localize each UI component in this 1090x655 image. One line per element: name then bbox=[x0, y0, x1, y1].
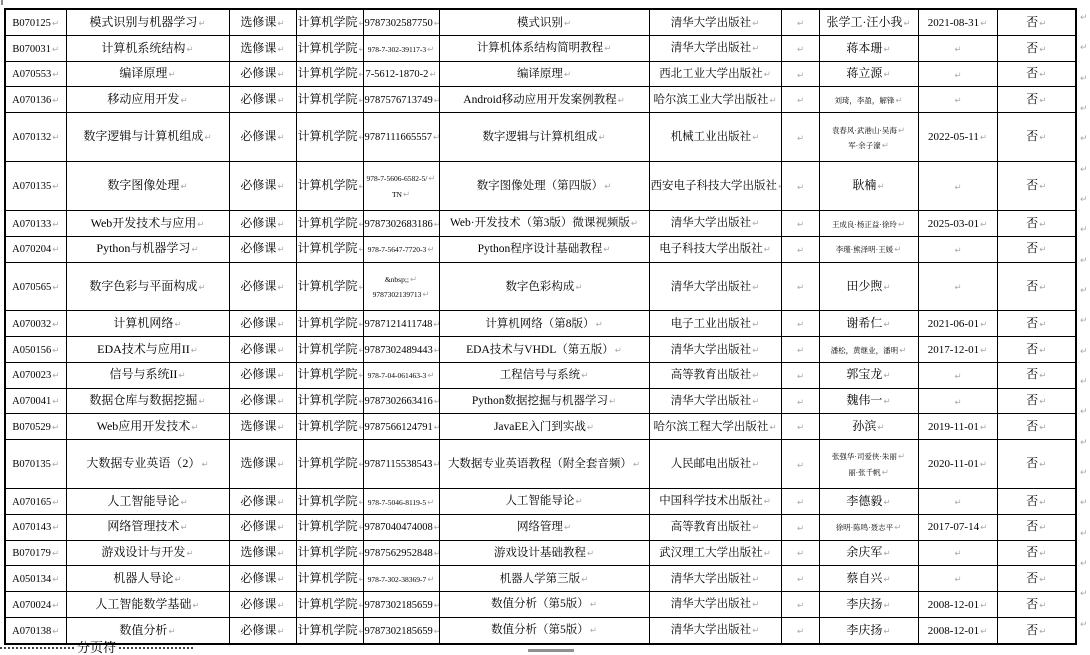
cell-confirm-flag[interactable]: 否↵ bbox=[997, 211, 1076, 237]
cell-authors[interactable]: 李瑾·熊泽明·王媛↵ bbox=[819, 236, 918, 262]
cell-textbook-name[interactable]: 模式识别↵ bbox=[439, 9, 649, 36]
line-break-mark: ↵ bbox=[980, 320, 987, 330]
cell-course-type[interactable]: 选修课↵ bbox=[229, 414, 296, 440]
cell-isbn[interactable]: 7-5612-1870-2↵ bbox=[363, 61, 439, 87]
line-break-mark: ↵ bbox=[201, 460, 208, 470]
cell-publish-date[interactable]: ↵ bbox=[918, 566, 997, 592]
line-break-mark: ↵ bbox=[277, 245, 284, 255]
cell-authors[interactable]: 刘琦，李盈，解锋↵ bbox=[819, 87, 918, 113]
cell-authors[interactable]: 余庆军↵ bbox=[819, 540, 918, 566]
cell-blank[interactable]: ↵ bbox=[781, 617, 819, 644]
cell-course-code[interactable]: B070125↵ bbox=[5, 9, 66, 36]
cell-course-name[interactable]: 模式识别与机器学习↵ bbox=[66, 9, 229, 36]
cell-text: 必修课↵ bbox=[231, 178, 295, 194]
cell-course-code[interactable]: A070553↵ bbox=[5, 61, 66, 87]
cell-confirm-flag[interactable]: 否↵ bbox=[997, 262, 1076, 311]
cell-course-type[interactable]: 必修课↵ bbox=[229, 113, 296, 162]
cell-confirm-flag[interactable]: 否↵ bbox=[997, 388, 1076, 414]
cell-course-type[interactable]: 选修课↵ bbox=[229, 440, 296, 489]
cell-publish-date[interactable]: 2008-12-01↵ bbox=[918, 617, 997, 644]
line-break-mark: ↵ bbox=[1039, 283, 1046, 293]
cell-isbn[interactable]: 9787302587750↵ bbox=[363, 9, 439, 36]
cell-course-name[interactable]: Web应用开发技术↵ bbox=[66, 414, 229, 440]
cell-text: &nbsp;;↵ bbox=[365, 271, 438, 287]
cell-confirm-flag[interactable]: 否↵ bbox=[997, 414, 1076, 440]
line-break-mark: ↵ bbox=[603, 245, 610, 255]
cell-publish-date[interactable]: ↵ bbox=[918, 362, 997, 388]
line-break-mark: ↵ bbox=[1080, 134, 1088, 144]
line-break-mark: ↵ bbox=[198, 283, 205, 293]
cell-college[interactable]: 计算机学院↵ bbox=[296, 414, 363, 440]
cell-course-code[interactable]: A070204↵ bbox=[5, 236, 66, 262]
cell-course-name[interactable]: 数字色彩与平面构成↵ bbox=[66, 262, 229, 311]
cell-authors[interactable]: 王成良·杨正益·徐玲↵ bbox=[819, 211, 918, 237]
cell-publish-date[interactable]: 2008-12-01↵ bbox=[918, 591, 997, 617]
cell-course-type[interactable]: 必修课↵ bbox=[229, 388, 296, 414]
cell-course-code[interactable]: B070179↵ bbox=[5, 540, 66, 566]
cell-isbn[interactable]: 9787566124791↵ bbox=[363, 414, 439, 440]
cell-text: 郭宝龙↵ bbox=[821, 367, 917, 383]
cell-publish-date[interactable]: 2020-11-01↵ bbox=[918, 440, 997, 489]
cell-course-name[interactable]: 移动应用开发↵ bbox=[66, 87, 229, 113]
cell-college[interactable]: 计算机学院↵ bbox=[296, 566, 363, 592]
cell-text: A070204↵ bbox=[7, 241, 65, 257]
cell-course-code[interactable]: A070024↵ bbox=[5, 591, 66, 617]
cell-publish-date[interactable]: 2019-11-01↵ bbox=[918, 414, 997, 440]
line-break-mark: ↵ bbox=[1039, 320, 1046, 330]
cell-course-code[interactable]: A070032↵ bbox=[5, 311, 66, 337]
cell-college[interactable]: 计算机学院↵ bbox=[296, 36, 363, 62]
cell-text: A070553↵ bbox=[7, 66, 65, 82]
cell-isbn[interactable]: 978-7-302-38369-7↵ bbox=[363, 566, 439, 592]
cell-isbn[interactable]: 9787115538543↵ bbox=[363, 440, 439, 489]
cell-course-code[interactable]: A070135↵ bbox=[5, 162, 66, 211]
line-break-mark: ↵ bbox=[590, 600, 597, 610]
cell-publisher[interactable]: 西北工业大学出版社↵ bbox=[649, 61, 781, 87]
cell-course-type[interactable]: 必修课↵ bbox=[229, 337, 296, 363]
cell-isbn[interactable]: 9787040474008↵ bbox=[363, 514, 439, 540]
cell-publisher[interactable]: 清华大学出版社↵ bbox=[649, 388, 781, 414]
cell-course-type[interactable]: 必修课↵ bbox=[229, 489, 296, 515]
cell-publisher[interactable]: 武汉理工大学出版社↵ bbox=[649, 540, 781, 566]
cell-college[interactable]: 计算机学院↵ bbox=[296, 388, 363, 414]
cell-text: 计算机学院↵ bbox=[298, 15, 362, 31]
cell-publish-date[interactable]: ↵ bbox=[918, 162, 997, 211]
cell-text: 蔡自兴↵ bbox=[821, 571, 917, 587]
cell-publish-date[interactable]: 2017-12-01↵ bbox=[918, 337, 997, 363]
cell-textbook-name[interactable]: EDA技术与VHDL（第五版）↵ bbox=[439, 337, 649, 363]
line-break-mark: ↵ bbox=[1039, 601, 1046, 611]
cell-textbook-name[interactable]: Android移动应用开发案例教程↵ bbox=[439, 87, 649, 113]
cell-blank[interactable]: ↵ bbox=[781, 414, 819, 440]
cell-confirm-flag[interactable]: 否↵ bbox=[997, 9, 1076, 36]
cell-course-type[interactable]: 选修课↵ bbox=[229, 9, 296, 36]
line-break-mark: ↵ bbox=[359, 523, 363, 533]
cell-publish-date[interactable]: ↵ bbox=[918, 489, 997, 515]
cell-publisher[interactable]: 清华大学出版社↵ bbox=[649, 566, 781, 592]
cell-text: 9787302587750↵ bbox=[365, 15, 438, 31]
cell-authors[interactable]: 谢希仁↵ bbox=[819, 311, 918, 337]
cell-text: Web·开发技术（第3版）微课视频版↵ bbox=[441, 215, 648, 231]
cell-course-type[interactable]: 必修课↵ bbox=[229, 362, 296, 388]
cell-textbook-name[interactable]: 数值分析（第5版）↵ bbox=[439, 591, 649, 617]
cell-isbn[interactable]: 978-7-5647-7720-3↵ bbox=[363, 236, 439, 262]
cell-textbook-name[interactable]: 工程信号与系统↵ bbox=[439, 362, 649, 388]
cell-course-code[interactable]: B070135↵ bbox=[5, 440, 66, 489]
cell-textbook-name[interactable]: Web·开发技术（第3版）微课视频版↵ bbox=[439, 211, 649, 237]
cell-college[interactable]: 计算机学院↵ bbox=[296, 617, 363, 644]
cell-text: 必修课↵ bbox=[231, 216, 295, 232]
cell-course-name[interactable]: 游戏设计与开发↵ bbox=[66, 540, 229, 566]
cell-course-name[interactable]: Python与机器学习↵ bbox=[66, 236, 229, 262]
cell-authors[interactable]: 潘松，黄继业，潘明↵ bbox=[819, 337, 918, 363]
cell-confirm-flag[interactable]: 否↵ bbox=[997, 61, 1076, 87]
line-break-mark: ↵ bbox=[422, 290, 429, 300]
cell-text: 李瑾·熊泽明·王媛↵ bbox=[821, 241, 917, 257]
cell-blank[interactable]: ↵ bbox=[781, 591, 819, 617]
cell-confirm-flag[interactable]: 否↵ bbox=[997, 87, 1076, 113]
cell-course-type[interactable]: 必修课↵ bbox=[229, 617, 296, 644]
cell-confirm-flag[interactable]: 否↵ bbox=[997, 489, 1076, 515]
cell-course-code[interactable]: A070041↵ bbox=[5, 388, 66, 414]
cell-publisher[interactable]: 清华大学出版社↵ bbox=[649, 591, 781, 617]
cell-blank[interactable]: ↵ bbox=[781, 262, 819, 311]
cell-college[interactable]: 计算机学院↵ bbox=[296, 113, 363, 162]
cell-college[interactable]: 计算机学院↵ bbox=[296, 514, 363, 540]
cell-text: Python数据挖掘与机器学习↵ bbox=[441, 393, 648, 409]
line-break-mark: ↵ bbox=[359, 45, 363, 55]
line-break-mark: ↵ bbox=[1080, 438, 1088, 448]
cell-college[interactable]: 计算机学院↵ bbox=[296, 591, 363, 617]
cell-text: 否↵ bbox=[999, 241, 1075, 257]
cell-course-name[interactable]: 机器人导论↵ bbox=[66, 566, 229, 592]
cell-course-type[interactable]: 选修课↵ bbox=[229, 540, 296, 566]
cell-publish-date[interactable]: ↵ bbox=[918, 87, 997, 113]
cell-course-code[interactable]: A070565↵ bbox=[5, 262, 66, 311]
cell-isbn[interactable]: 978-7-5606-6582-5/↵TN↵ bbox=[363, 162, 439, 211]
cell-authors[interactable]: 张学工·汪小我↵ bbox=[819, 9, 918, 36]
cell-text: 否↵ bbox=[999, 571, 1075, 587]
cell-publish-date[interactable]: 2025-03-01↵ bbox=[918, 211, 997, 237]
cell-text: A070132↵ bbox=[7, 129, 65, 145]
cell-confirm-flag[interactable]: 否↵ bbox=[997, 566, 1076, 592]
cell-blank[interactable]: ↵ bbox=[781, 113, 819, 162]
cell-publisher[interactable]: 清华大学出版社↵ bbox=[649, 262, 781, 311]
cell-publisher[interactable]: 机械工业出版社↵ bbox=[649, 113, 781, 162]
line-break-mark: ↵ bbox=[581, 575, 588, 585]
cell-blank[interactable]: ↵ bbox=[781, 362, 819, 388]
cell-isbn[interactable]: &nbsp;;↵9787302139713↵ bbox=[363, 262, 439, 311]
cell-publish-date[interactable]: 2021-08-31↵ bbox=[918, 9, 997, 36]
cell-authors[interactable]: 李庆扬↵ bbox=[819, 591, 918, 617]
cell-authors[interactable]: 郭宝龙↵ bbox=[819, 362, 918, 388]
line-break-mark: ↵ bbox=[1080, 316, 1088, 326]
cell-isbn[interactable]: 9787302683186↵ bbox=[363, 211, 439, 237]
cell-publisher[interactable]: 清华大学出版社↵ bbox=[649, 36, 781, 62]
cell-blank[interactable]: ↵ bbox=[781, 514, 819, 540]
cell-course-code[interactable]: A050156↵ bbox=[5, 337, 66, 363]
line-break-mark: ↵ bbox=[587, 549, 594, 559]
cell-textbook-name[interactable]: 人工智能导论↵ bbox=[439, 489, 649, 515]
cell-publisher[interactable]: 清华大学出版社↵ bbox=[649, 9, 781, 36]
cell-course-type[interactable]: 必修课↵ bbox=[229, 262, 296, 311]
cell-course-name[interactable]: 数字图像处理↵ bbox=[66, 162, 229, 211]
cell-textbook-name[interactable]: Python程序设计基础教程↵ bbox=[439, 236, 649, 262]
cell-blank[interactable]: ↵ bbox=[781, 489, 819, 515]
cell-publisher[interactable]: 中国科学技术出版社↵ bbox=[649, 489, 781, 515]
line-break-mark: ↵ bbox=[434, 601, 439, 611]
line-break-mark: ↵ bbox=[1039, 498, 1046, 508]
line-break-mark: ↵ bbox=[186, 549, 193, 559]
cell-confirm-flag[interactable]: 否↵ bbox=[997, 36, 1076, 62]
cell-text: B070179↵ bbox=[7, 545, 65, 561]
cell-college[interactable]: 计算机学院↵ bbox=[296, 362, 363, 388]
cell-text: A070143↵ bbox=[7, 519, 65, 535]
cell-course-name[interactable]: 计算机网络↵ bbox=[66, 311, 229, 337]
cell-publish-date[interactable]: ↵ bbox=[918, 262, 997, 311]
cell-blank[interactable]: ↵ bbox=[781, 388, 819, 414]
cell-isbn[interactable]: 9787302489443↵ bbox=[363, 337, 439, 363]
cell-textbook-name[interactable]: 计算机网络（第8版）↵ bbox=[439, 311, 649, 337]
line-break-mark: ↵ bbox=[277, 220, 284, 230]
cell-authors[interactable]: 张强华·司爱侠·朱丽↵丽·张千帆↵ bbox=[819, 440, 918, 489]
cell-isbn[interactable]: 9787576713749↵ bbox=[363, 87, 439, 113]
cell-course-name[interactable]: EDA技术与应用II↵ bbox=[66, 337, 229, 363]
cell-course-code[interactable]: A070133↵ bbox=[5, 211, 66, 237]
line-break-mark: ↵ bbox=[178, 371, 185, 381]
cell-text: 978-7-04-061463-3↵ bbox=[365, 367, 438, 383]
cell-text: 否↵ bbox=[999, 342, 1075, 358]
cell-publisher[interactable]: 电子工业出版社↵ bbox=[649, 311, 781, 337]
cell-isbn[interactable]: 9787121411748↵ bbox=[363, 311, 439, 337]
cell-isbn[interactable]: 9787302663416↵ bbox=[363, 388, 439, 414]
cell-publish-date[interactable]: ↵ bbox=[918, 388, 997, 414]
line-break-mark: ↵ bbox=[277, 549, 284, 559]
cell-confirm-flag[interactable]: 否↵ bbox=[997, 113, 1076, 162]
cell-confirm-flag[interactable]: 否↵ bbox=[997, 311, 1076, 337]
cell-college[interactable]: 计算机学院↵ bbox=[296, 211, 363, 237]
line-break-mark: ↵ bbox=[980, 460, 987, 470]
cell-college[interactable]: 计算机学院↵ bbox=[296, 9, 363, 36]
line-break-mark: ↵ bbox=[1039, 182, 1046, 192]
cell-college[interactable]: 计算机学院↵ bbox=[296, 236, 363, 262]
line-break-mark: ↵ bbox=[954, 96, 961, 106]
cell-text: 数值分析（第5版）↵ bbox=[441, 622, 648, 638]
cell-course-code[interactable]: A070165↵ bbox=[5, 489, 66, 515]
cell-authors[interactable]: 田少煦↵ bbox=[819, 262, 918, 311]
cell-textbook-name[interactable]: 大数据专业英语教程（附全套音频）↵ bbox=[439, 440, 649, 489]
cell-course-name[interactable]: 数据仓库与数据挖掘↵ bbox=[66, 388, 229, 414]
cell-text: 机械工业出版社↵ bbox=[651, 129, 780, 145]
cell-course-name[interactable]: 人工智能数学基础↵ bbox=[66, 591, 229, 617]
cell-confirm-flag[interactable]: 否↵ bbox=[997, 236, 1076, 262]
cell-course-type[interactable]: 必修课↵ bbox=[229, 591, 296, 617]
cell-course-code[interactable]: B070031↵ bbox=[5, 36, 66, 62]
cell-confirm-flag[interactable]: 否↵ bbox=[997, 514, 1076, 540]
line-break-mark: ↵ bbox=[52, 182, 59, 192]
cell-textbook-name[interactable]: 数字逻辑与计算机组成↵ bbox=[439, 113, 649, 162]
cell-course-type[interactable]: 必修课↵ bbox=[229, 61, 296, 87]
cell-publish-date[interactable]: ↵ bbox=[918, 61, 997, 87]
cell-authors[interactable]: 蔡自兴↵ bbox=[819, 566, 918, 592]
cell-publisher[interactable]: 高等教育出版社↵ bbox=[649, 362, 781, 388]
cell-authors[interactable]: 蒋本珊↵ bbox=[819, 36, 918, 62]
cell-college[interactable]: 计算机学院↵ bbox=[296, 489, 363, 515]
cell-college[interactable]: 计算机学院↵ bbox=[296, 337, 363, 363]
cell-college[interactable]: 计算机学院↵ bbox=[296, 540, 363, 566]
cell-course-type[interactable]: 选修课↵ bbox=[229, 36, 296, 62]
cell-course-code[interactable]: A070132↵ bbox=[5, 113, 66, 162]
cell-isbn[interactable]: 9787111665557↵ bbox=[363, 113, 439, 162]
cell-publish-date[interactable]: 2022-05-11↵ bbox=[918, 113, 997, 162]
cell-authors[interactable]: 蒋立源↵ bbox=[819, 61, 918, 87]
cell-blank[interactable]: ↵ bbox=[781, 440, 819, 489]
cell-confirm-flag[interactable]: 否↵ bbox=[997, 540, 1076, 566]
cell-confirm-flag[interactable]: 否↵ bbox=[997, 162, 1076, 211]
cell-course-type[interactable]: 必修课↵ bbox=[229, 566, 296, 592]
cell-course-name[interactable]: 编译原理↵ bbox=[66, 61, 229, 87]
cell-textbook-name[interactable]: 数字图像处理（第四版）↵ bbox=[439, 162, 649, 211]
cell-publisher[interactable]: 人民邮电出版社↵ bbox=[649, 440, 781, 489]
cell-confirm-flag[interactable]: 否↵ bbox=[997, 591, 1076, 617]
cell-publish-date[interactable]: 2021-06-01↵ bbox=[918, 311, 997, 337]
line-break-mark: ↵ bbox=[277, 45, 284, 55]
cell-blank[interactable]: ↵ bbox=[781, 311, 819, 337]
cell-course-type[interactable]: 必修课↵ bbox=[229, 311, 296, 337]
cell-publish-date[interactable]: ↵ bbox=[918, 36, 997, 62]
cell-text: 计算机学院↵ bbox=[298, 597, 362, 613]
table-row: A070023↵信号与系统II↵必修课↵计算机学院↵978-7-04-06146… bbox=[5, 362, 1076, 388]
line-break-mark: ↵ bbox=[752, 19, 759, 29]
cell-blank[interactable]: ↵ bbox=[781, 36, 819, 62]
cell-publisher[interactable]: 清华大学出版社↵ bbox=[649, 617, 781, 644]
cell-authors[interactable]: 袁春风·武港山·吴海↵军·余子濠↵ bbox=[819, 113, 918, 162]
cell-course-type[interactable]: 必修课↵ bbox=[229, 87, 296, 113]
line-break-mark: ↵ bbox=[564, 19, 571, 29]
cell-publish-date[interactable]: 2017-07-14↵ bbox=[918, 514, 997, 540]
cell-confirm-flag[interactable]: 否↵ bbox=[997, 362, 1076, 388]
cell-textbook-name[interactable]: 数值分析（第5版）↵ bbox=[439, 617, 649, 644]
cell-course-code[interactable]: A050134↵ bbox=[5, 566, 66, 592]
cell-course-type[interactable]: 必修课↵ bbox=[229, 162, 296, 211]
cell-isbn[interactable]: 9787302185659↵ bbox=[363, 617, 439, 644]
cell-confirm-flag[interactable]: 否↵ bbox=[997, 617, 1076, 644]
cell-text: 必修课↵ bbox=[231, 494, 295, 510]
cell-isbn[interactable]: 978-7-302-39117-3↵ bbox=[363, 36, 439, 62]
cell-blank[interactable]: ↵ bbox=[781, 211, 819, 237]
cell-blank[interactable]: ↵ bbox=[781, 87, 819, 113]
cell-publisher[interactable]: 高等教育出版社↵ bbox=[649, 514, 781, 540]
cell-blank[interactable]: ↵ bbox=[781, 162, 819, 211]
cell-publisher[interactable]: 哈尔滨工程大学出版社↵ bbox=[649, 414, 781, 440]
line-break-mark: ↵ bbox=[797, 283, 804, 293]
cell-course-type[interactable]: 必修课↵ bbox=[229, 211, 296, 237]
line-break-mark: ↵ bbox=[883, 397, 890, 407]
cell-authors[interactable]: 耿楠↵ bbox=[819, 162, 918, 211]
cell-publisher[interactable]: 哈尔滨工业大学出版社↵ bbox=[649, 87, 781, 113]
cell-course-code[interactable]: A070143↵ bbox=[5, 514, 66, 540]
cell-publisher[interactable]: 清华大学出版社↵ bbox=[649, 211, 781, 237]
cell-publisher[interactable]: 西安电子科技大学出版社↵ bbox=[649, 162, 781, 211]
cell-text: 清华大学出版社↵ bbox=[651, 215, 780, 231]
cell-course-type[interactable]: 必修课↵ bbox=[229, 236, 296, 262]
cell-college[interactable]: 计算机学院↵ bbox=[296, 311, 363, 337]
cell-blank[interactable]: ↵ bbox=[781, 566, 819, 592]
cell-blank[interactable]: ↵ bbox=[781, 540, 819, 566]
cell-textbook-name[interactable]: 游戏设计基础教程↵ bbox=[439, 540, 649, 566]
cell-text: 李德毅↵ bbox=[821, 494, 917, 510]
cell-authors[interactable]: 孙滨↵ bbox=[819, 414, 918, 440]
cell-college[interactable]: 计算机学院↵ bbox=[296, 440, 363, 489]
cell-textbook-name[interactable]: 机器人学第三版↵ bbox=[439, 566, 649, 592]
cell-textbook-name[interactable]: 数字色彩构成↵ bbox=[439, 262, 649, 311]
cell-publisher[interactable]: 清华大学出版社↵ bbox=[649, 337, 781, 363]
cell-text: 清华大学出版社↵ bbox=[651, 279, 780, 295]
cell-publisher[interactable]: 电子科技大学出版社↵ bbox=[649, 236, 781, 262]
cell-authors[interactable]: 徐明·陈鸣·聂志平↵ bbox=[819, 514, 918, 540]
cell-textbook-name[interactable]: Python数据挖掘与机器学习↵ bbox=[439, 388, 649, 414]
cell-course-name[interactable]: 计算机系统结构↵ bbox=[66, 36, 229, 62]
cell-textbook-name[interactable]: JavaEE入门到实战↵ bbox=[439, 414, 649, 440]
cell-authors[interactable]: 魏伟一↵ bbox=[819, 388, 918, 414]
cell-college[interactable]: 计算机学院↵ bbox=[296, 61, 363, 87]
cell-text: 李庆扬↵ bbox=[821, 597, 917, 613]
cell-isbn[interactable]: 978-7-04-061463-3↵ bbox=[363, 362, 439, 388]
cell-course-code[interactable]: A070136↵ bbox=[5, 87, 66, 113]
cell-textbook-name[interactable]: 计算机体系结构简明教程↵ bbox=[439, 36, 649, 62]
cell-course-code[interactable]: A070023↵ bbox=[5, 362, 66, 388]
cell-isbn[interactable]: 978-7-5046-8119-5↵ bbox=[363, 489, 439, 515]
line-break-mark: ↵ bbox=[898, 126, 905, 136]
cell-confirm-flag[interactable]: 否↵ bbox=[997, 337, 1076, 363]
cell-confirm-flag[interactable]: 否↵ bbox=[997, 440, 1076, 489]
cell-textbook-name[interactable]: 编译原理↵ bbox=[439, 61, 649, 87]
cell-blank[interactable]: ↵ bbox=[781, 61, 819, 87]
cell-course-name[interactable]: 信号与系统II↵ bbox=[66, 362, 229, 388]
line-break-mark: ↵ bbox=[52, 220, 59, 230]
cell-authors[interactable]: 李德毅↵ bbox=[819, 489, 918, 515]
cell-college[interactable]: 计算机学院↵ bbox=[296, 87, 363, 113]
cell-text: 2021-08-31↵ bbox=[920, 15, 996, 31]
cell-text: 中国科学技术出版社↵ bbox=[651, 493, 780, 509]
line-break-mark: ↵ bbox=[52, 70, 59, 80]
cell-course-type[interactable]: 必修课↵ bbox=[229, 514, 296, 540]
cell-college[interactable]: 计算机学院↵ bbox=[296, 162, 363, 211]
cell-course-name[interactable]: 人工智能导论↵ bbox=[66, 489, 229, 515]
cell-text: 9787115538543↵ bbox=[365, 456, 438, 472]
cell-isbn[interactable]: 9787302185659↵ bbox=[363, 591, 439, 617]
cell-course-name[interactable]: Web开发技术与应用↵ bbox=[66, 211, 229, 237]
cell-course-name[interactable]: 网络管理技术↵ bbox=[66, 514, 229, 540]
line-break-mark: ↵ bbox=[883, 283, 890, 293]
cell-authors[interactable]: 李庆扬↵ bbox=[819, 617, 918, 644]
cell-publish-date[interactable]: ↵ bbox=[918, 540, 997, 566]
cell-course-code[interactable]: B070529↵ bbox=[5, 414, 66, 440]
cell-course-name[interactable]: 数字逻辑与计算机组成↵ bbox=[66, 113, 229, 162]
cell-blank[interactable]: ↵ bbox=[781, 9, 819, 36]
cell-isbn[interactable]: 9787562952848↵ bbox=[363, 540, 439, 566]
cell-course-name[interactable]: 大数据专业英语（2）↵ bbox=[66, 440, 229, 489]
line-break-mark: ↵ bbox=[752, 371, 759, 381]
cell-textbook-name[interactable]: 网络管理↵ bbox=[439, 514, 649, 540]
cell-publish-date[interactable]: ↵ bbox=[918, 236, 997, 262]
line-break-mark: ↵ bbox=[980, 423, 987, 433]
cell-college[interactable]: 计算机学院↵ bbox=[296, 262, 363, 311]
cell-blank[interactable]: ↵ bbox=[781, 236, 819, 262]
line-break-mark: ↵ bbox=[752, 133, 759, 143]
cell-blank[interactable]: ↵ bbox=[781, 337, 819, 363]
cell-text: 选修课↵ bbox=[231, 15, 295, 31]
